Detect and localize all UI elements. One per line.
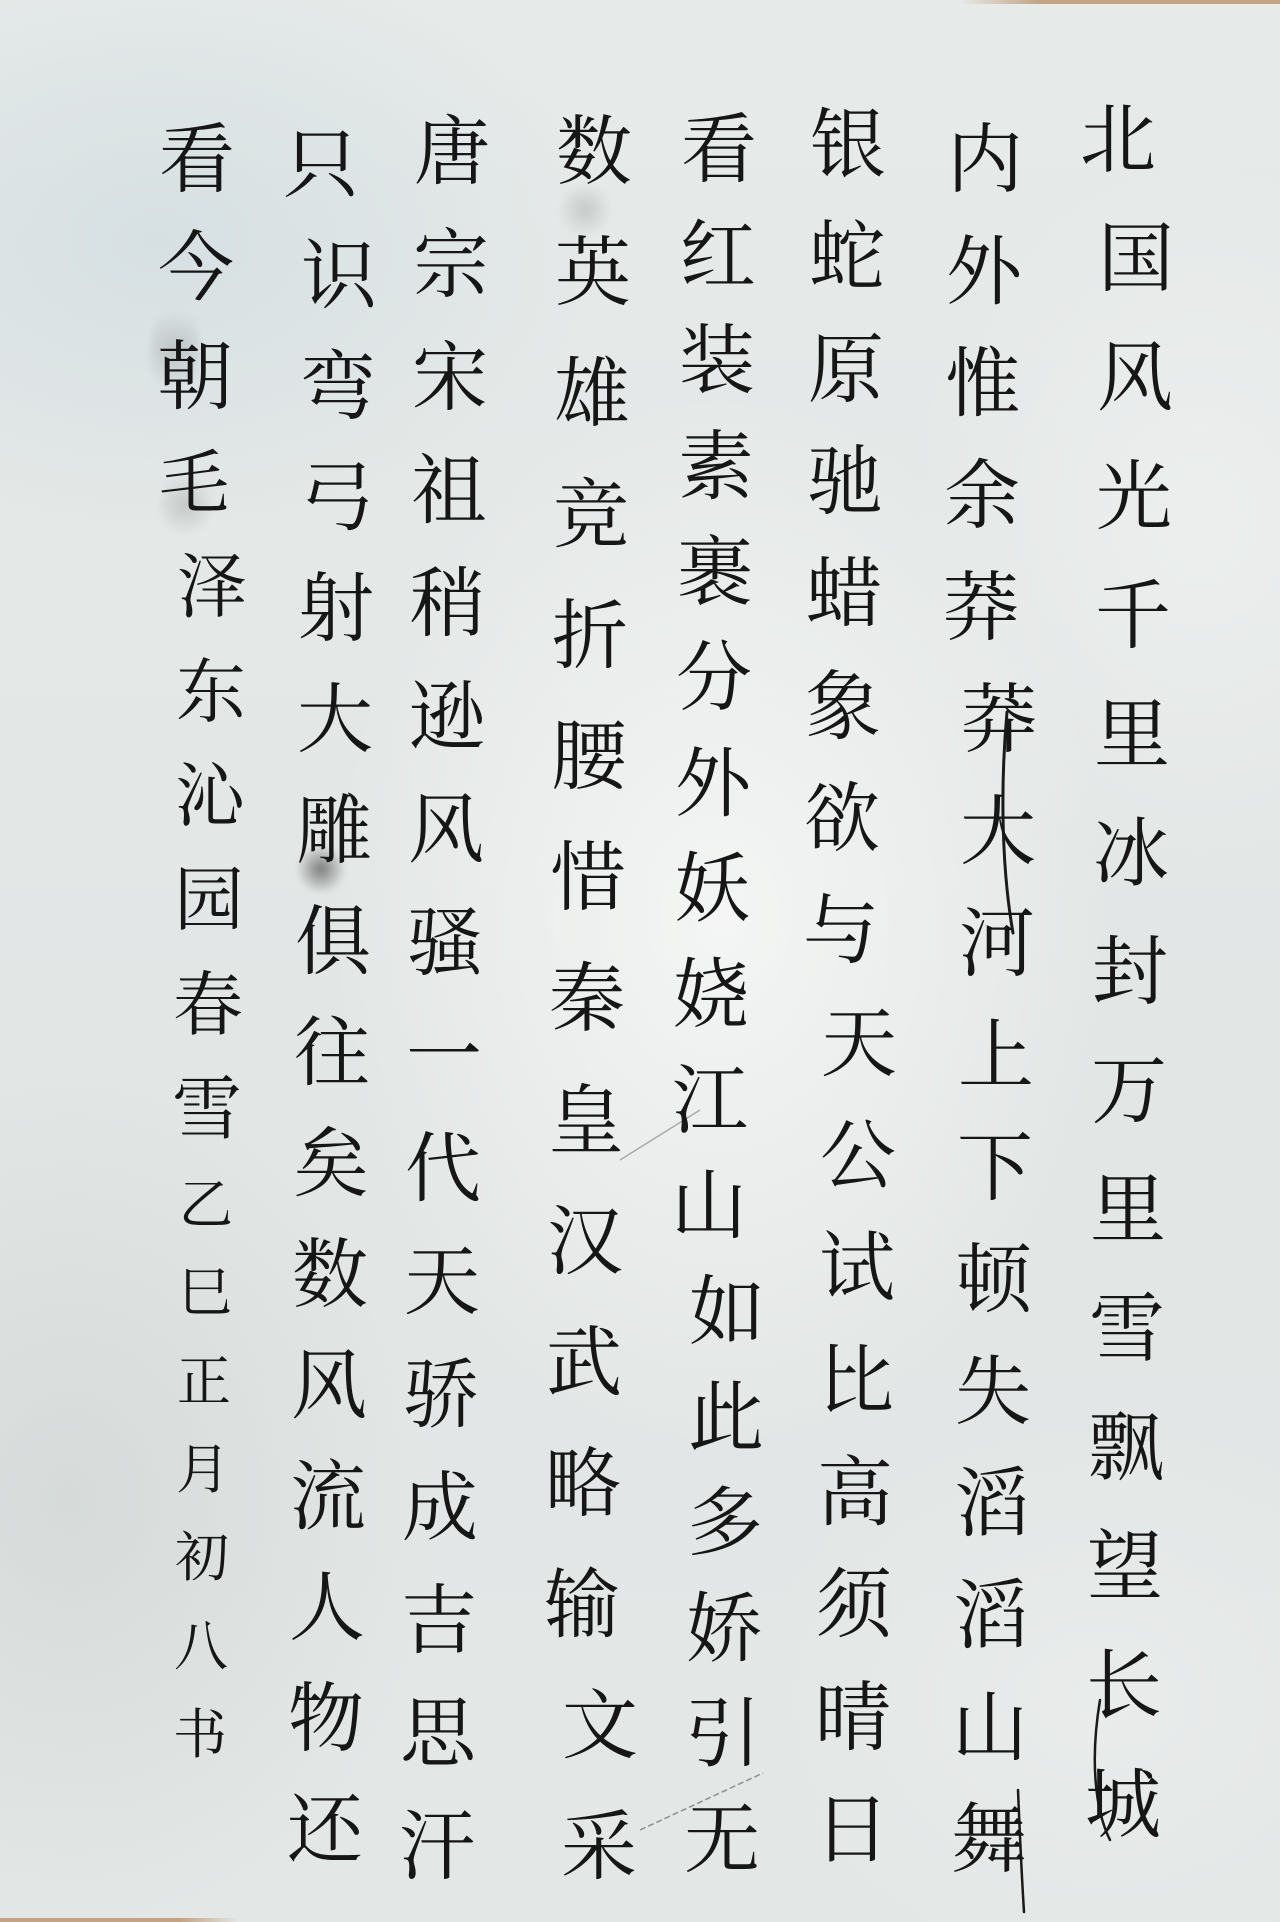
calligraphy-glyph: 外 (946, 232, 1022, 312)
calligraphy-glyph: 八 (174, 1617, 228, 1677)
calligraphy-glyph: 高 (817, 1453, 893, 1533)
calligraphy-glyph: 光 (1096, 457, 1172, 537)
calligraphy-glyph: 多 (687, 1483, 763, 1563)
calligraphy-glyph: 雄 (554, 354, 630, 434)
calligraphy-glyph: 象 (805, 667, 881, 747)
calligraphy-glyph: 逊 (409, 677, 485, 757)
calligraphy-glyph: 朝 (157, 337, 233, 417)
calligraphy-glyph: 文 (562, 1686, 638, 1766)
calligraphy-glyph: 山 (952, 1688, 1028, 1768)
table-edge-bottom (0, 1918, 240, 1922)
calligraphy-glyph: 东 (176, 654, 246, 730)
calligraphy-glyph: 风 (408, 790, 484, 870)
calligraphy-glyph: 娇 (686, 1589, 762, 1669)
calligraphy-glyph: 秦 (549, 959, 625, 1039)
calligraphy-glyph: 初 (175, 1528, 229, 1588)
calligraphy-glyph: 雪 (1089, 1289, 1165, 1369)
calligraphy-glyph: 骚 (407, 903, 483, 983)
calligraphy-glyph: 余 (944, 456, 1020, 536)
calligraphy-glyph: 比 (818, 1341, 894, 1421)
calligraphy-glyph: 今 (158, 228, 234, 308)
calligraphy-glyph: 稍 (410, 564, 486, 644)
calligraphy-glyph: 汗 (399, 1807, 475, 1887)
calligraphy-glyph: 长 (1086, 1646, 1162, 1726)
calligraphy-glyph: 园 (174, 862, 244, 938)
calligraphy-glyph: 沁 (175, 758, 245, 834)
calligraphy-glyph: 略 (545, 1444, 621, 1524)
calligraphy-glyph: 素 (678, 427, 754, 507)
calligraphy-glyph: 看 (681, 110, 757, 190)
calligraphy-glyph: 春 (173, 967, 243, 1043)
calligraphy-glyph: 骄 (403, 1355, 479, 1435)
calligraphy-glyph: 书 (173, 1705, 227, 1765)
calligraphy-glyph: 正 (177, 1352, 231, 1412)
calligraphy-glyph: 折 (552, 596, 628, 676)
calligraphy-glyph: 里 (1094, 695, 1170, 775)
calligraphy-glyph: 望 (1087, 1527, 1163, 1607)
calligraphy-glyph: 上 (958, 1016, 1034, 1096)
calligraphy-glyph: 无 (684, 1800, 760, 1880)
calligraphy-glyph: 惜 (550, 838, 626, 918)
calligraphy-glyph: 此 (688, 1378, 764, 1458)
text-column-1: 北国风光千里冰封万里雪飘望长城 (1062, 100, 1192, 1845)
calligraphy-glyph: 蛇 (809, 217, 885, 297)
text-column-3: 银蛇原驰蜡象欲与天公试比高须晴日 (785, 105, 915, 1870)
calligraphy-glyph: 千 (1095, 576, 1171, 656)
calligraphy-glyph: 万 (1091, 1051, 1167, 1131)
calligraphy-glyph: 风 (1097, 338, 1173, 418)
calligraphy-glyph: 滔 (954, 1464, 1030, 1544)
calligraphy-glyph: 滔 (953, 1576, 1029, 1656)
text-column-7: 只识弯弓射大雕俱往矣数风流人物还 (265, 125, 395, 1870)
calligraphy-glyph: 下 (957, 1128, 1033, 1208)
calligraphy-glyph: 舞 (951, 1800, 1027, 1880)
calligraphy-glyph: 红 (680, 216, 756, 296)
calligraphy-glyph: 雪 (172, 1071, 242, 1147)
calligraphy-glyph: 巳 (178, 1263, 232, 1323)
calligraphy-glyph: 只 (283, 125, 359, 205)
calligraphy-glyph: 大 (960, 792, 1036, 872)
table-edge-top (960, 0, 1280, 4)
calligraphy-glyph: 如 (689, 1272, 765, 1352)
calligraphy-glyph: 山 (671, 1166, 747, 1246)
calligraphy-glyph: 内 (947, 120, 1023, 200)
calligraphy-glyph: 还 (287, 1790, 363, 1870)
calligraphy-glyph: 成 (402, 1468, 478, 1548)
calligraphy-glyph: 弯 (300, 347, 376, 427)
calligraphy-glyph: 天 (404, 1242, 480, 1322)
calligraphy-glyph: 俱 (295, 902, 371, 982)
calligraphy-glyph: 顿 (956, 1240, 1032, 1320)
calligraphy-glyph: 代 (405, 1129, 481, 1209)
calligraphy-glyph: 乙 (179, 1175, 233, 1235)
calligraphy-glyph: 城 (1085, 1765, 1161, 1845)
calligraphy-glyph: 英 (555, 233, 631, 313)
calligraphy-glyph: 与 (803, 891, 879, 971)
calligraphy-glyph: 娆 (673, 955, 749, 1035)
text-column-6: 唐宗宋祖稍逊风骚一代天骄成吉思汗 (380, 112, 510, 1887)
calligraphy-glyph: 唐 (414, 112, 490, 192)
calligraphy-glyph: 汉 (547, 1202, 623, 1282)
text-column-8-inscription: 看今朝 毛泽东沁园春雪 乙巳正月初八 书 (138, 120, 268, 1765)
calligraphy-glyph: 原 (808, 330, 884, 410)
calligraphy-glyph: 裹 (677, 533, 753, 613)
calligraphy-glyph: 大 (297, 680, 373, 760)
text-column-5: 数英雄竞折腰惜秦皇汉武略输文采 (526, 112, 656, 1887)
calligraphy-glyph: 天 (821, 1004, 897, 1084)
calligraphy-glyph: 江 (672, 1061, 748, 1141)
calligraphy-glyph: 识 (301, 236, 377, 316)
calligraphy-glyph: 毛 (159, 445, 229, 521)
calligraphy-glyph: 蜡 (806, 554, 882, 634)
calligraphy-sheet: 北国风光千里冰封万里雪飘望长城 内外惟余莽莽大河上下顿失滔滔山舞 银蛇原驰蜡象欲… (0, 0, 1280, 1922)
calligraphy-glyph: 河 (959, 904, 1035, 984)
calligraphy-glyph: 数 (556, 112, 632, 192)
calligraphy-glyph: 装 (679, 321, 755, 401)
calligraphy-glyph: 宋 (412, 338, 488, 418)
calligraphy-glyph: 往 (294, 1013, 370, 1093)
calligraphy-glyph: 皇 (548, 1081, 624, 1161)
text-column-2: 内外惟余莽莽大河上下顿失滔滔山舞 (925, 120, 1055, 1880)
calligraphy-glyph: 吉 (401, 1581, 477, 1661)
calligraphy-glyph: 祖 (411, 451, 487, 531)
calligraphy-glyph: 竞 (553, 475, 629, 555)
calligraphy-glyph: 人 (289, 1568, 365, 1648)
calligraphy-glyph: 采 (561, 1807, 637, 1887)
calligraphy-glyph: 惟 (945, 344, 1021, 424)
calligraphy-glyph: 一 (406, 1016, 482, 1096)
calligraphy-glyph: 里 (1090, 1170, 1166, 1250)
calligraphy-glyph: 冰 (1093, 814, 1169, 894)
calligraphy-glyph: 弓 (299, 458, 375, 538)
calligraphy-glyph: 封 (1092, 932, 1168, 1012)
calligraphy-glyph: 莽 (943, 568, 1019, 648)
calligraphy-glyph: 引 (685, 1694, 761, 1774)
calligraphy-glyph: 分 (676, 638, 752, 718)
calligraphy-glyph: 数 (292, 1235, 368, 1315)
calligraphy-glyph: 外 (675, 744, 751, 824)
calligraphy-glyph: 射 (298, 569, 374, 649)
text-column-4: 看红装素裹分外妖娆江山如此多娇引无 (653, 110, 783, 1880)
calligraphy-glyph: 流 (290, 1457, 366, 1537)
calligraphy-glyph: 宗 (413, 225, 489, 305)
calligraphy-glyph: 晴 (815, 1678, 891, 1758)
calligraphy-glyph: 公 (820, 1116, 896, 1196)
calligraphy-glyph: 妖 (674, 849, 750, 929)
calligraphy-glyph: 北 (1080, 100, 1156, 180)
calligraphy-glyph: 飘 (1088, 1408, 1164, 1488)
calligraphy-glyph: 风 (291, 1346, 367, 1426)
calligraphy-glyph: 试 (819, 1228, 895, 1308)
calligraphy-glyph: 须 (816, 1565, 892, 1645)
calligraphy-glyph: 物 (288, 1679, 364, 1759)
calligraphy-glyph: 欲 (804, 779, 880, 859)
calligraphy-glyph: 莽 (961, 680, 1037, 760)
calligraphy-glyph: 武 (546, 1323, 622, 1403)
calligraphy-glyph: 国 (1098, 219, 1174, 299)
calligraphy-glyph: 输 (544, 1565, 620, 1645)
calligraphy-glyph: 思 (400, 1694, 476, 1774)
calligraphy-glyph: 雕 (296, 791, 372, 871)
calligraphy-glyph: 银 (810, 105, 886, 185)
calligraphy-glyph: 腰 (551, 717, 627, 797)
calligraphy-glyph: 月 (176, 1440, 230, 1500)
calligraphy-glyph: 矣 (293, 1124, 369, 1204)
calligraphy-glyph: 日 (814, 1790, 890, 1870)
calligraphy-glyph: 看 (159, 120, 235, 200)
calligraphy-glyph: 驰 (807, 442, 883, 522)
calligraphy-glyph: 失 (955, 1352, 1031, 1432)
calligraphy-glyph: 泽 (177, 549, 247, 625)
